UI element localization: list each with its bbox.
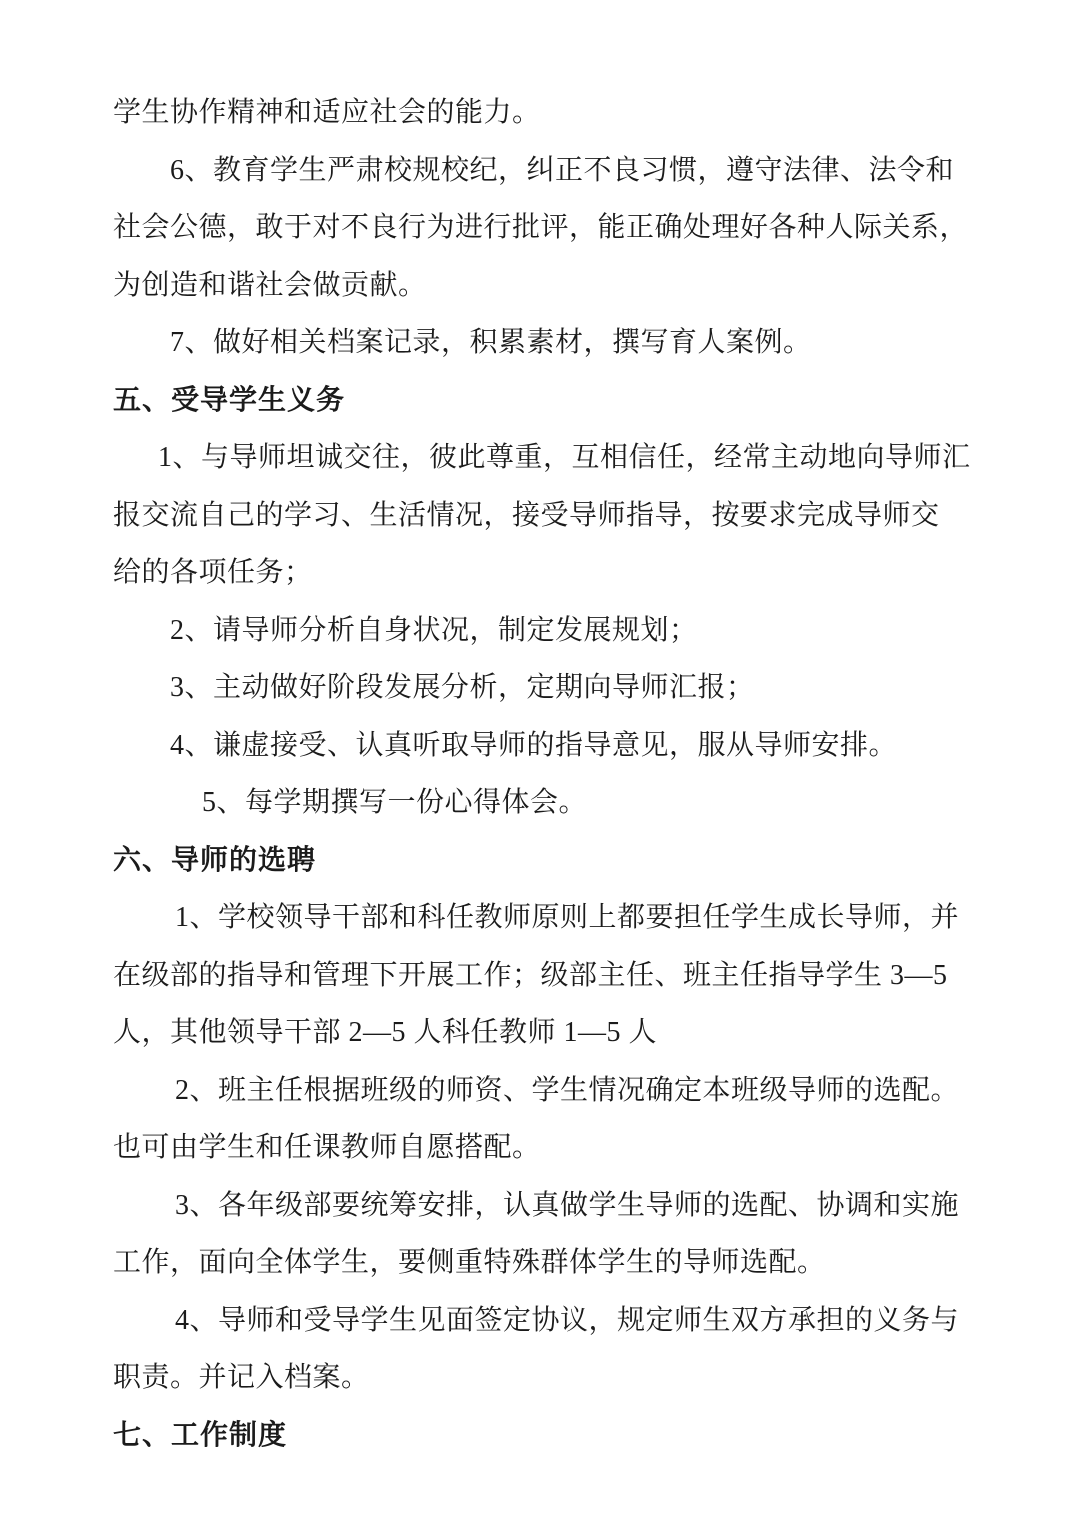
text-line: 社会公德，敢于对不良行为进行批评，能正确处理好各种人际关系， <box>113 199 969 257</box>
document-body: 学生协作精神和适应社会的能力。6、教育学生严肃校规校纪，纠正不良习惯，遵守法律、… <box>113 84 969 1464</box>
text-line: 也可由学生和任课教师自愿搭配。 <box>113 1119 969 1177</box>
text-line: 学生协作精神和适应社会的能力。 <box>113 84 969 142</box>
text-line: 报交流自己的学习、生活情况，接受导师指导，按要求完成导师交 <box>113 487 969 545</box>
text-line: 为创造和谐社会做贡献。 <box>113 257 969 315</box>
text-line: 职责。并记入档案。 <box>113 1349 969 1407</box>
text-line: 6、教育学生严肃校规校纪，纠正不良习惯，遵守法律、法令和 <box>113 142 969 200</box>
section-heading: 六、导师的选聘 <box>113 832 969 890</box>
text-line: 2、班主任根据班级的师资、学生情况确定本班级导师的选配。 <box>113 1062 969 1120</box>
text-line: 4、谦虚接受、认真听取导师的指导意见，服从导师安排。 <box>113 717 969 775</box>
text-line: 3、各年级部要统筹安排，认真做学生导师的选配、协调和实施 <box>113 1177 969 1235</box>
text-line: 1、学校领导干部和科任教师原则上都要担任学生成长导师，并 <box>113 889 969 947</box>
text-line: 工作，面向全体学生，要侧重特殊群体学生的导师选配。 <box>113 1234 969 1292</box>
text-line: 3、主动做好阶段发展分析，定期向导师汇报； <box>113 659 969 717</box>
section-heading: 七、工作制度 <box>113 1407 969 1465</box>
text-line: 在级部的指导和管理下开展工作；级部主任、班主任指导学生 3—5 <box>113 947 969 1005</box>
text-line: 人，其他领导干部 2—5 人科任教师 1—5 人 <box>113 1004 969 1062</box>
text-line: 4、导师和受导学生见面签定协议，规定师生双方承担的义务与 <box>113 1292 969 1350</box>
text-line: 2、请导师分析自身状况，制定发展规划； <box>113 602 969 660</box>
text-line: 给的各项任务； <box>113 544 969 602</box>
text-line: 1、与导师坦诚交往，彼此尊重，互相信任，经常主动地向导师汇 <box>113 429 969 487</box>
text-line: 7、做好相关档案记录，积累素材，撰写育人案例。 <box>113 314 969 372</box>
text-line: 5、每学期撰写一份心得体会。 <box>113 774 969 832</box>
section-heading: 五、受导学生义务 <box>113 372 969 430</box>
document-page: 学生协作精神和适应社会的能力。6、教育学生严肃校规校纪，纠正不良习惯，遵守法律、… <box>0 0 1080 1527</box>
